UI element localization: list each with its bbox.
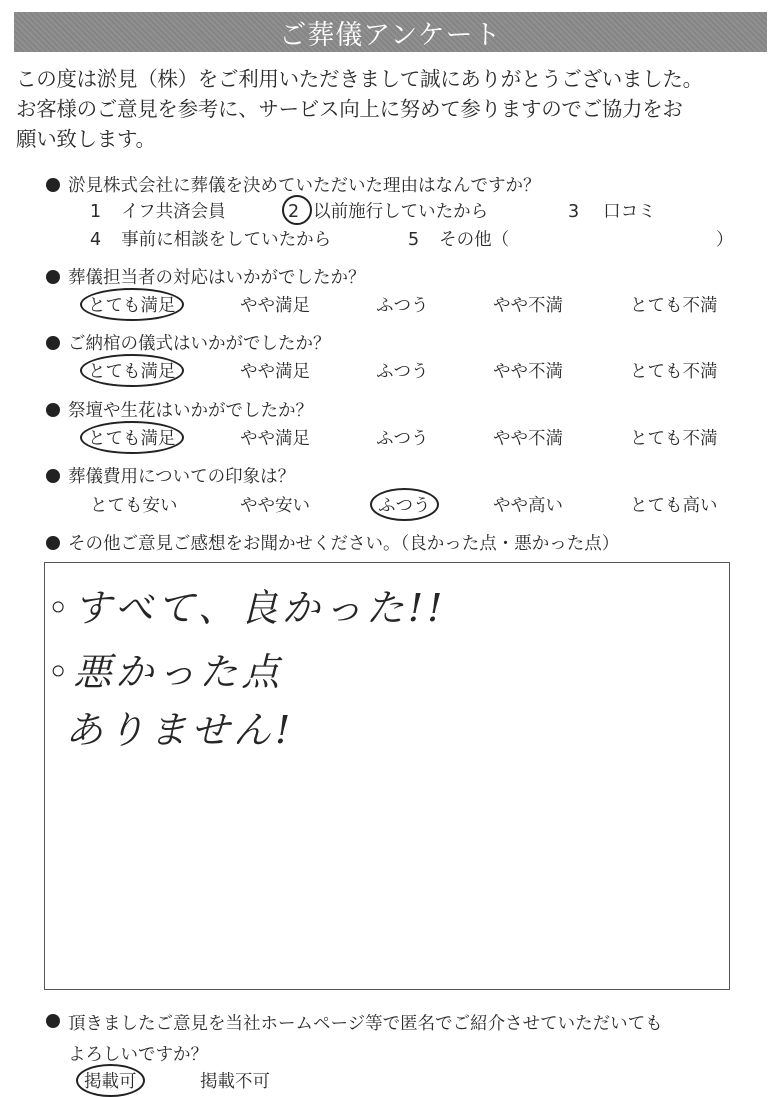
question-7-text: 頂きましたご意見を当社ホームページ等で匿名でご紹介させていただいても よろしいで… [68,1010,663,1066]
q5-option-expensive[interactable]: やや高い [493,492,563,517]
q7-option-publish-ok-selected[interactable]: 掲載可 [84,1068,137,1093]
question-6: その他ご意見ご感想をお聞かせください。（良かった点・悪かった点） [46,530,619,555]
q2-option-satisfied[interactable]: やや満足 [240,292,310,317]
q1-option-1[interactable]: 1イフ共済会員 [90,198,226,223]
q2-option-neutral[interactable]: ふつう [376,292,429,317]
bullet-icon [46,336,60,350]
q2-option-very-dissatisfied[interactable]: とても不満 [630,292,718,317]
q1-option-4[interactable]: 4事前に相談をしていたから [90,226,331,251]
survey-title: ご葬儀アンケート [279,13,501,52]
q7-option-publish-ng[interactable]: 掲載不可 [200,1068,270,1093]
q1-option-2-selected[interactable]: 2以前施行していたから [288,198,488,223]
q2-option-very-satisfied-selected[interactable]: とても満足 [88,292,176,317]
q5-option-cheap[interactable]: やや安い [240,492,310,517]
comment-line-1: ◦すべて、良かった!! [47,577,446,632]
question-2-text: 葬儀担当者の対応はいかがでしたか？ [68,264,366,289]
question-1: 淤見株式会社に葬儀を決めていただいた理由はなんですか？ [46,172,541,197]
q1-option-5-close: ） [716,226,734,251]
question-2-options: とても満足 やや満足 ふつう やや不満 とても不満 [88,292,738,316]
question-4-text: 祭壇や生花はいかがでしたか？ [68,397,313,422]
q4-option-neutral[interactable]: ふつう [376,425,429,450]
q1-option-3[interactable]: 3口コミ [568,198,656,223]
q3-option-dissatisfied[interactable]: やや不満 [493,358,563,383]
comment-line-3: ありません! [65,699,294,754]
question-4: 祭壇や生花はいかがでしたか？ [46,397,313,422]
q4-option-very-satisfied-selected[interactable]: とても満足 [88,425,176,450]
q3-option-very-dissatisfied[interactable]: とても不満 [630,358,718,383]
intro-line-3: 願い致します。 [16,124,776,154]
q5-option-very-expensive[interactable]: とても高い [630,492,718,517]
q3-option-satisfied[interactable]: やや満足 [240,358,310,383]
question-1-options-row-1: 1イフ共済会員 2以前施行していたから 3口コミ [90,198,740,222]
comment-line-2: ◦悪かった点 [47,641,283,696]
question-1-options-row-2: 4事前に相談をしていたから 5その他（ ） [90,226,740,250]
q5-option-very-cheap[interactable]: とても安い [90,492,178,517]
question-6-text: その他ご意見ご感想をお聞かせください。（良かった点・悪かった点） [68,530,619,555]
question-1-text: 淤見株式会社に葬儀を決めていただいた理由はなんですか？ [68,172,541,197]
q4-option-satisfied[interactable]: やや満足 [240,425,310,450]
q2-option-dissatisfied[interactable]: やや不満 [493,292,563,317]
question-4-options: とても満足 やや満足 ふつう やや不満 とても不満 [88,425,738,449]
question-2: 葬儀担当者の対応はいかがでしたか？ [46,264,366,289]
bullet-icon [46,270,60,284]
q1-option-5[interactable]: 5その他（ [408,226,509,251]
q3-option-very-satisfied-selected[interactable]: とても満足 [88,358,176,383]
question-7-options: 掲載可 掲載不可 [84,1068,384,1092]
survey-title-bar: ご葬儀アンケート [14,12,767,52]
bullet-icon [46,1014,60,1028]
q3-option-neutral[interactable]: ふつう [376,358,429,383]
intro-text: この度は淤見（株）をご利用いただきまして誠にありがとうございました。 お客様のご… [16,64,776,154]
q4-option-dissatisfied[interactable]: やや不満 [493,425,563,450]
intro-line-2: お客様のご意見を参考に、サービス向上に努めて参りますのでご協力をお [16,94,776,124]
question-3-options: とても満足 やや満足 ふつう やや不満 とても不満 [88,358,738,382]
bullet-icon [46,469,60,483]
question-5-options: とても安い やや安い ふつう やや高い とても高い [90,492,740,516]
question-5: 葬儀費用についての印象は？ [46,463,295,488]
question-7: 頂きましたご意見を当社ホームページ等で匿名でご紹介させていただいても よろしいで… [46,1010,663,1066]
q5-option-normal-selected[interactable]: ふつう [378,492,431,517]
comment-box[interactable]: ◦すべて、良かった!! ◦悪かった点 ありません! [44,562,730,990]
question-5-text: 葬儀費用についての印象は？ [68,463,295,488]
bullet-icon [46,403,60,417]
question-3-text: ご納棺の儀式はいかがでしたか？ [68,330,331,355]
bullet-icon [46,536,60,550]
bullet-icon [46,178,60,192]
intro-line-1: この度は淤見（株）をご利用いただきまして誠にありがとうございました。 [16,64,776,94]
q4-option-very-dissatisfied[interactable]: とても不満 [630,425,718,450]
question-3: ご納棺の儀式はいかがでしたか？ [46,330,331,355]
